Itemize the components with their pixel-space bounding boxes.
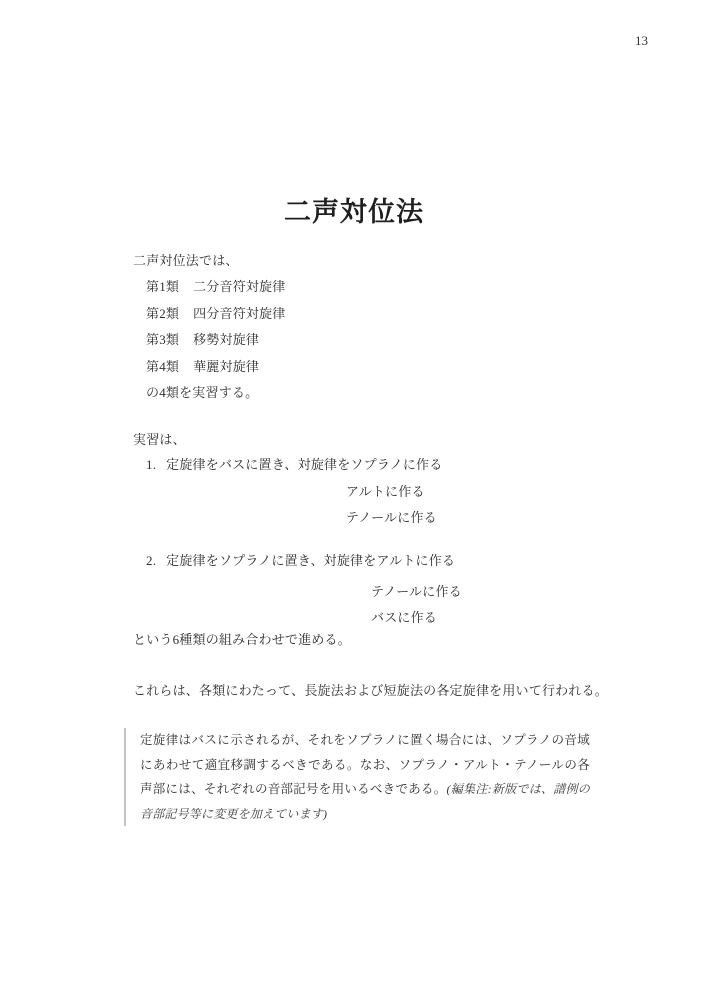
list-item: 第3類移勢対旋律 (146, 327, 286, 354)
practice-closing: という6種類の組み合わせで進める。 (133, 627, 351, 654)
page-number: 13 (635, 33, 648, 49)
item-text: 定旋律をバスに置き、対旋律をソプラノに作る (166, 457, 442, 472)
class-name: 二分音符対旋律 (193, 279, 285, 294)
document-page: 13 二声対位法 二声対位法では、 第1類二分音符対旋律 第2類四分音符対旋律 … (0, 0, 708, 1000)
practice-item: 1.定旋律をバスに置き、対旋律をソプラノに作る (146, 452, 442, 479)
sub-line: アルトに作る (346, 479, 437, 505)
practice-sub-lines: アルトに作る テノールに作る (346, 479, 437, 531)
sub-line: バスに作る (371, 605, 462, 631)
list-item: 第1類二分音符対旋律 (146, 274, 286, 301)
practice-lead: 実習は、 (133, 427, 186, 454)
class-list: 第1類二分音符対旋律 第2類四分音符対旋律 第3類移勢対旋律 第4類華麗対旋律 … (146, 274, 286, 407)
class-name: 四分音符対旋律 (193, 306, 285, 321)
body-paragraph: これらは、各類にわたって、長旋法および短旋法の各定旋律を用いて行われる。 (133, 678, 608, 705)
class-label: 第4類 (146, 359, 179, 374)
sub-line: テノールに作る (346, 505, 437, 531)
class-list-closing: の4類を実習する。 (146, 380, 286, 407)
item-number: 1. (146, 452, 156, 479)
item-number: 2. (146, 548, 156, 575)
class-name: 華麗対旋律 (193, 359, 259, 374)
class-label: 第3類 (146, 332, 179, 347)
practice-item: 2.定旋律をソプラノに置き、対旋律をアルトに作る (146, 548, 455, 575)
class-label: 第2類 (146, 306, 179, 321)
list-item: 第4類華麗対旋律 (146, 354, 286, 381)
page-title: 二声対位法 (0, 190, 708, 229)
sub-line: テノールに作る (371, 579, 462, 605)
intro-lead: 二声対位法では、 (133, 248, 239, 275)
class-label: 第1類 (146, 279, 179, 294)
list-item: 第2類四分音符対旋律 (146, 301, 286, 328)
practice-sub-lines: テノールに作る バスに作る (371, 579, 462, 630)
class-name: 移勢対旋律 (193, 332, 259, 347)
note-block: 定旋律はバスに示されるが、それをソプラノに置く場合には、ソプラノの音域にあわせて… (124, 728, 590, 826)
item-text: 定旋律をソプラノに置き、対旋律をアルトに作る (166, 553, 455, 568)
